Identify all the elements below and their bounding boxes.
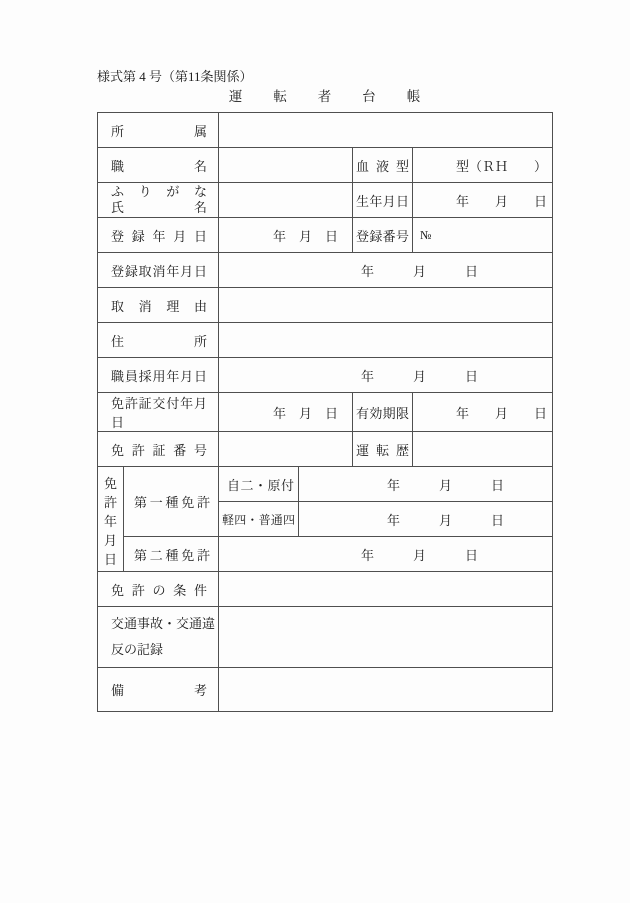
affiliation-label: 所属 [98,113,219,148]
blood-type-value: 型（ＲＨ ） [413,148,553,183]
second-class-date: 年 月 日 [219,537,553,572]
light-vehicle-date: 年 月 日 [299,502,553,537]
row-employment-date: 職員採用年月日 年 月 日 [98,358,553,393]
row-cancel-reason: 取消理由 [98,288,553,323]
license-issue-date: 年 月 日 [219,393,353,432]
row-accident-record: 交通事故・交通違 反の記録 [98,607,553,668]
accident-record-label-line2: 反の記録 [111,637,215,663]
page-title: 運転者台帳 [97,85,552,105]
accident-record-value-cell [219,607,553,668]
second-class-license-label: 第二種免許 [124,537,219,572]
accident-record-label: 交通事故・交通違 反の記録 [98,607,219,668]
address-value-cell [219,323,553,358]
remarks-value-cell [219,668,553,712]
license-number-label: 免許証番号 [98,432,219,467]
employment-date-label: 職員採用年月日 [98,358,219,393]
affiliation-value-cell [219,113,553,148]
license-date-vertical-label: 免 許 年 月 日 [98,467,124,572]
license-number-value-cell [219,432,353,467]
motorcycle-date: 年 月 日 [299,467,553,502]
row-address: 住所 [98,323,553,358]
driving-history-label: 運転歴 [353,432,413,467]
row-registration-cancel: 登録取消年月日 年 月 日 [98,253,553,288]
vertical-char: 許 [104,492,117,511]
vertical-char: 年 [104,511,117,530]
accident-record-label-line1: 交通事故・交通違 [111,611,215,637]
cancel-reason-value-cell [219,288,553,323]
motorcycle-label: 自二・原付 [219,467,299,502]
birth-date-value: 年 月 日 [413,183,553,218]
row-registration: 登録年月日 年 月 日 登録番号 № [98,218,553,253]
furigana-label: ふりがな [111,184,207,201]
row-remarks: 備考 [98,668,553,712]
row-license-date-motorcycle: 免 許 年 月 日 第一種免許 自二・原付 年 月 日 [98,467,553,502]
first-class-license-label: 第一種免許 [124,467,219,537]
vertical-char: 月 [104,530,117,549]
row-license-conditions: 免許の条件 [98,572,553,607]
row-license-issue: 免許証交付年月日 年 月 日 有効期限 年 月 日 [98,393,553,432]
registration-number-label: 登録番号 [353,218,413,253]
registration-date-value: 年 月 日 [219,218,353,253]
birth-date-label: 生年月日 [353,183,413,218]
driver-register-document: 様式第 4 号（第11条関係） 運転者台帳 所属 職名 血液型 型（ＲＨ ） ふ… [0,0,630,903]
validity-label: 有効期限 [353,393,413,432]
light-vehicle-label: 軽四・普通四 [219,502,299,537]
job-title-value-cell [219,148,353,183]
form-number: 様式第 4 号（第11条関係） [97,66,253,85]
row-affiliation: 所属 [98,113,553,148]
address-label: 住所 [98,323,219,358]
name-label-cell: ふりがな 氏名 [98,183,219,218]
driving-history-value-cell [413,432,553,467]
registration-cancel-date: 年 月 日 [219,253,553,288]
driver-register-table: 所属 職名 血液型 型（ＲＨ ） ふりがな 氏名 生年月日 年 月 日 登録年 [97,112,553,712]
vertical-char: 日 [104,549,117,568]
registration-number-value: № [413,218,553,253]
employment-date-value: 年 月 日 [219,358,553,393]
name-value-cell [219,183,353,218]
row-name: ふりがな 氏名 生年月日 年 月 日 [98,183,553,218]
row-license-date-second-class: 第二種免許 年 月 日 [98,537,553,572]
name-label: 氏名 [111,200,207,217]
row-job-title: 職名 血液型 型（ＲＨ ） [98,148,553,183]
cancel-reason-label: 取消理由 [98,288,219,323]
license-issue-label: 免許証交付年月日 [98,393,219,432]
vertical-char: 免 [104,473,117,492]
license-conditions-value-cell [219,572,553,607]
license-conditions-label: 免許の条件 [98,572,219,607]
registration-cancel-label: 登録取消年月日 [98,253,219,288]
job-title-label: 職名 [98,148,219,183]
registration-date-label: 登録年月日 [98,218,219,253]
row-license-number: 免許証番号 運転歴 [98,432,553,467]
blood-type-label: 血液型 [353,148,413,183]
validity-date: 年 月 日 [413,393,553,432]
remarks-label: 備考 [98,668,219,712]
